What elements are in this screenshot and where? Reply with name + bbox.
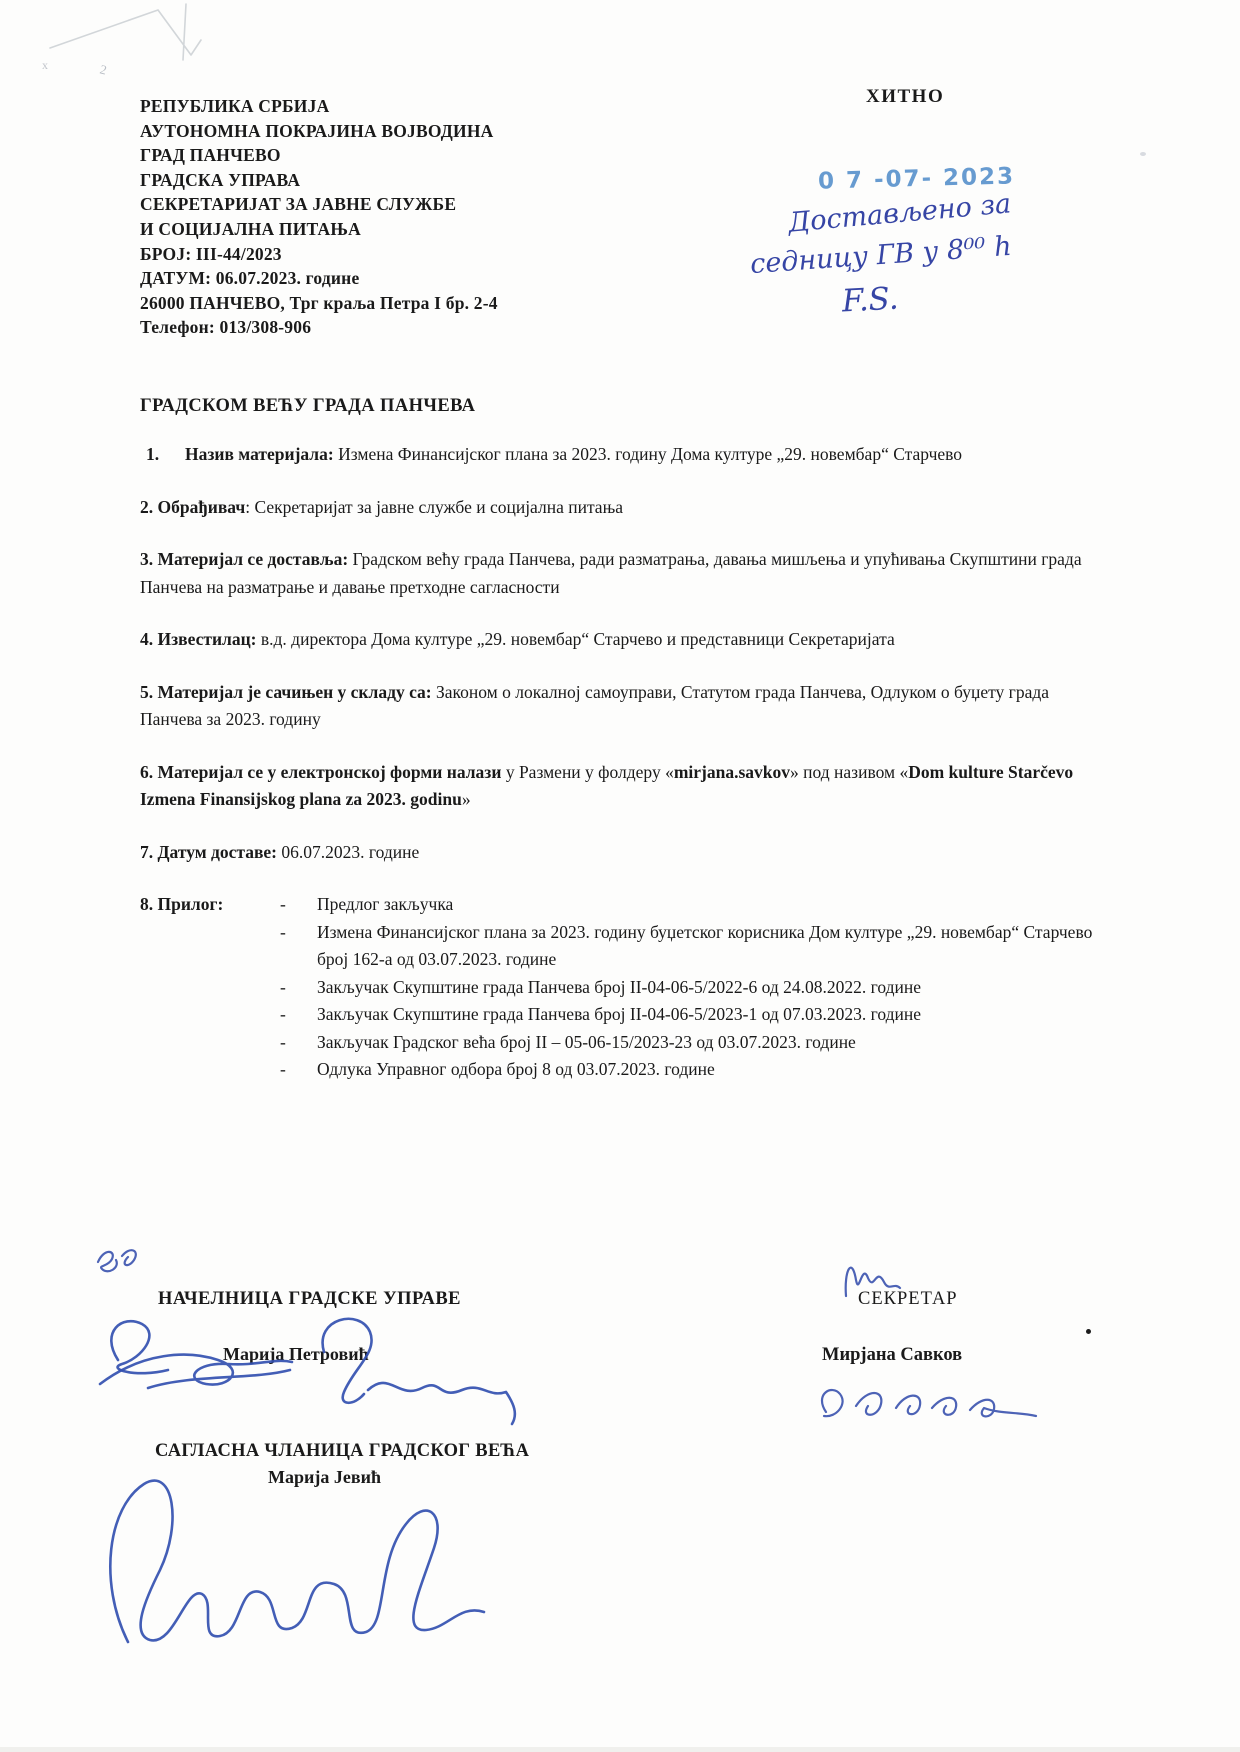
handwritten-initials: F.S. xyxy=(841,281,899,320)
item-number: 5. xyxy=(140,682,158,702)
right-signer-name: Мирјана Савков xyxy=(822,1345,962,1366)
attachment-row: -Предлог закључка xyxy=(280,891,1098,919)
signature-jevic xyxy=(88,1462,508,1657)
consent-member-title: САГЛАСНА ЧЛАНИЦА ГРАДСКОГ ВЕЋА xyxy=(155,1441,529,1462)
left-signer-title: НАЧЕЛНИЦА ГРАДСКЕ УПРАВЕ xyxy=(158,1289,461,1310)
attachment-text: Закључак Скупштине града Панчева број II… xyxy=(317,1001,1098,1029)
letterhead-line: СЕКРЕТАРИЈАТ ЗА ЈАВНЕ СЛУЖБЕ xyxy=(140,192,498,217)
handwritten-margin-mark xyxy=(88,1238,148,1278)
attachments-list: -Предлог закључка-Измена Финансијског пл… xyxy=(280,891,1098,1084)
attachment-dash: - xyxy=(280,1029,317,1057)
attachment-dash: - xyxy=(280,919,317,974)
letterhead-line: Телефон: 013/308-906 xyxy=(140,315,498,340)
document-body: ГРАДСКОМ ВЕЋУ ГРАДА ПАНЧЕВА 1.Назив мате… xyxy=(140,396,1098,1084)
item-text-segment: mirjana.savkov xyxy=(674,762,790,782)
letterhead-line: БРОЈ: III-44/2023 xyxy=(140,242,498,267)
item-text-segment: Назив материјала: xyxy=(185,444,338,464)
item-text-segment: Датум доставе: xyxy=(158,842,282,862)
signature-savkov xyxy=(808,1378,1043,1430)
letterhead-line: ДАТУМ: 06.07.2023. године xyxy=(140,266,498,291)
item-text-segment: » xyxy=(462,789,471,809)
item-text-segment: Известилац: xyxy=(158,629,261,649)
item-text-segment: в.д. директора Дома културе „29. новемба… xyxy=(261,629,895,649)
agency-letterhead: РЕПУБЛИКА СРБИЈААУТОНОМНА ПОКРАЈИНА ВОЈВ… xyxy=(140,94,498,340)
pencil-scribble xyxy=(36,0,266,95)
items-list: 1.Назив материјала: Измена Финансијског … xyxy=(140,441,1098,866)
signature-petrovic xyxy=(92,1312,522,1432)
attachment-dash: - xyxy=(280,974,317,1002)
item-text-segment: : Секретаријат за јавне службе и социјал… xyxy=(245,497,623,517)
document-item: 7. Датум доставе: 06.07.2023. године xyxy=(140,839,1098,867)
attachment-dash: - xyxy=(280,1001,317,1029)
document-item: 5. Материјал је сачињен у складу са: Зак… xyxy=(140,679,1098,734)
scan-bottom-edge xyxy=(0,1747,1240,1752)
letterhead-line: 26000 ПАНЧЕВО, Трг краља Петра I бр. 2-4 xyxy=(140,291,498,316)
handwritten-note-line1: Достављено за xyxy=(787,188,1012,238)
document-item: 4. Известилац: в.д. директора Дома култу… xyxy=(140,626,1098,654)
attachments-item: 8. Прилог: -Предлог закључка-Измена Фина… xyxy=(140,891,1098,1084)
attachment-text: Закључак Градског већа број II – 05-06-1… xyxy=(317,1029,1098,1057)
attachments-number: 8. xyxy=(140,894,153,914)
ink-dot xyxy=(1086,1329,1091,1334)
attachment-row: -Закључак Скупштине града Панчева број I… xyxy=(280,974,1098,1002)
attachment-row: -Закључак Градског већа број II – 05-06-… xyxy=(280,1029,1098,1057)
urgent-label: ХИТНО xyxy=(866,86,944,108)
attachment-text: Измена Финансијског плана за 2023. годин… xyxy=(317,919,1098,974)
document-item: 3. Материјал се доставља: Градском већу … xyxy=(140,546,1098,601)
letterhead-line: ГРАДСКА УПРАВА xyxy=(140,168,498,193)
attachment-text: Одлука Управног одбора број 8 од 03.07.2… xyxy=(317,1056,1098,1084)
signature-secretary-flick xyxy=(836,1250,906,1302)
item-text-segment: у Размени у фолдеру « xyxy=(506,762,674,782)
letterhead-line: РЕПУБЛИКА СРБИЈА xyxy=(140,94,498,119)
attachments-label: 8. Прилог: xyxy=(140,891,280,1084)
item-number: 6. xyxy=(140,762,158,782)
attachment-row: -Одлука Управног одбора број 8 од 03.07.… xyxy=(280,1056,1098,1084)
document-item: 1.Назив материјала: Измена Финансијског … xyxy=(140,441,1098,469)
attachment-dash: - xyxy=(280,891,317,919)
item-number: 3. xyxy=(140,549,158,569)
attachment-text: Предлог закључка xyxy=(317,891,1098,919)
scan-speck xyxy=(1140,152,1146,156)
addressee-line: ГРАДСКОМ ВЕЋУ ГРАДА ПАНЧЕВА xyxy=(140,396,1098,417)
item-text-segment: Материјал се у електронској форми налази xyxy=(158,762,506,782)
item-text-segment: Материјал је сачињен у складу са: xyxy=(158,682,437,702)
item-text-segment: » под називом « xyxy=(790,762,908,782)
handwritten-note-line2: седницу ГВ у 8⁰⁰ h xyxy=(749,231,1012,280)
item-number: 7. xyxy=(140,842,158,862)
document-item: 2. Обрађивач: Секретаријат за јавне служ… xyxy=(140,494,1098,522)
attachment-row: -Измена Финансијског плана за 2023. годи… xyxy=(280,919,1098,974)
letterhead-line: ГРАД ПАНЧЕВО xyxy=(140,143,498,168)
attachment-row: -Закључак Скупштине града Панчева број I… xyxy=(280,1001,1098,1029)
attachment-text: Закључак Скупштине града Панчева број II… xyxy=(317,974,1098,1002)
item-number: 1. xyxy=(146,441,159,469)
item-text-segment: Материјал се доставља: xyxy=(158,549,353,569)
letterhead-line: И СОЦИЈАЛНА ПИТАЊА xyxy=(140,217,498,242)
pencil-mark-x: х xyxy=(42,58,48,73)
attachments-caption: Прилог: xyxy=(158,894,224,914)
item-number: 2. xyxy=(140,497,158,517)
item-text-segment: Обрађивач xyxy=(158,497,246,517)
item-text-segment: 06.07.2023. године xyxy=(281,842,419,862)
item-number: 4. xyxy=(140,629,158,649)
document-item: 6. Материјал се у електронској форми нал… xyxy=(140,759,1098,814)
scanned-document-page: х 2 РЕПУБЛИКА СРБИЈААУТОНОМНА ПОКРАЈИНА … xyxy=(0,0,1240,1752)
item-text-segment: Измена Финансијског плана за 2023. годин… xyxy=(338,444,962,464)
attachment-dash: - xyxy=(280,1056,317,1084)
letterhead-line: АУТОНОМНА ПОКРАЈИНА ВОЈВОДИНА xyxy=(140,119,498,144)
